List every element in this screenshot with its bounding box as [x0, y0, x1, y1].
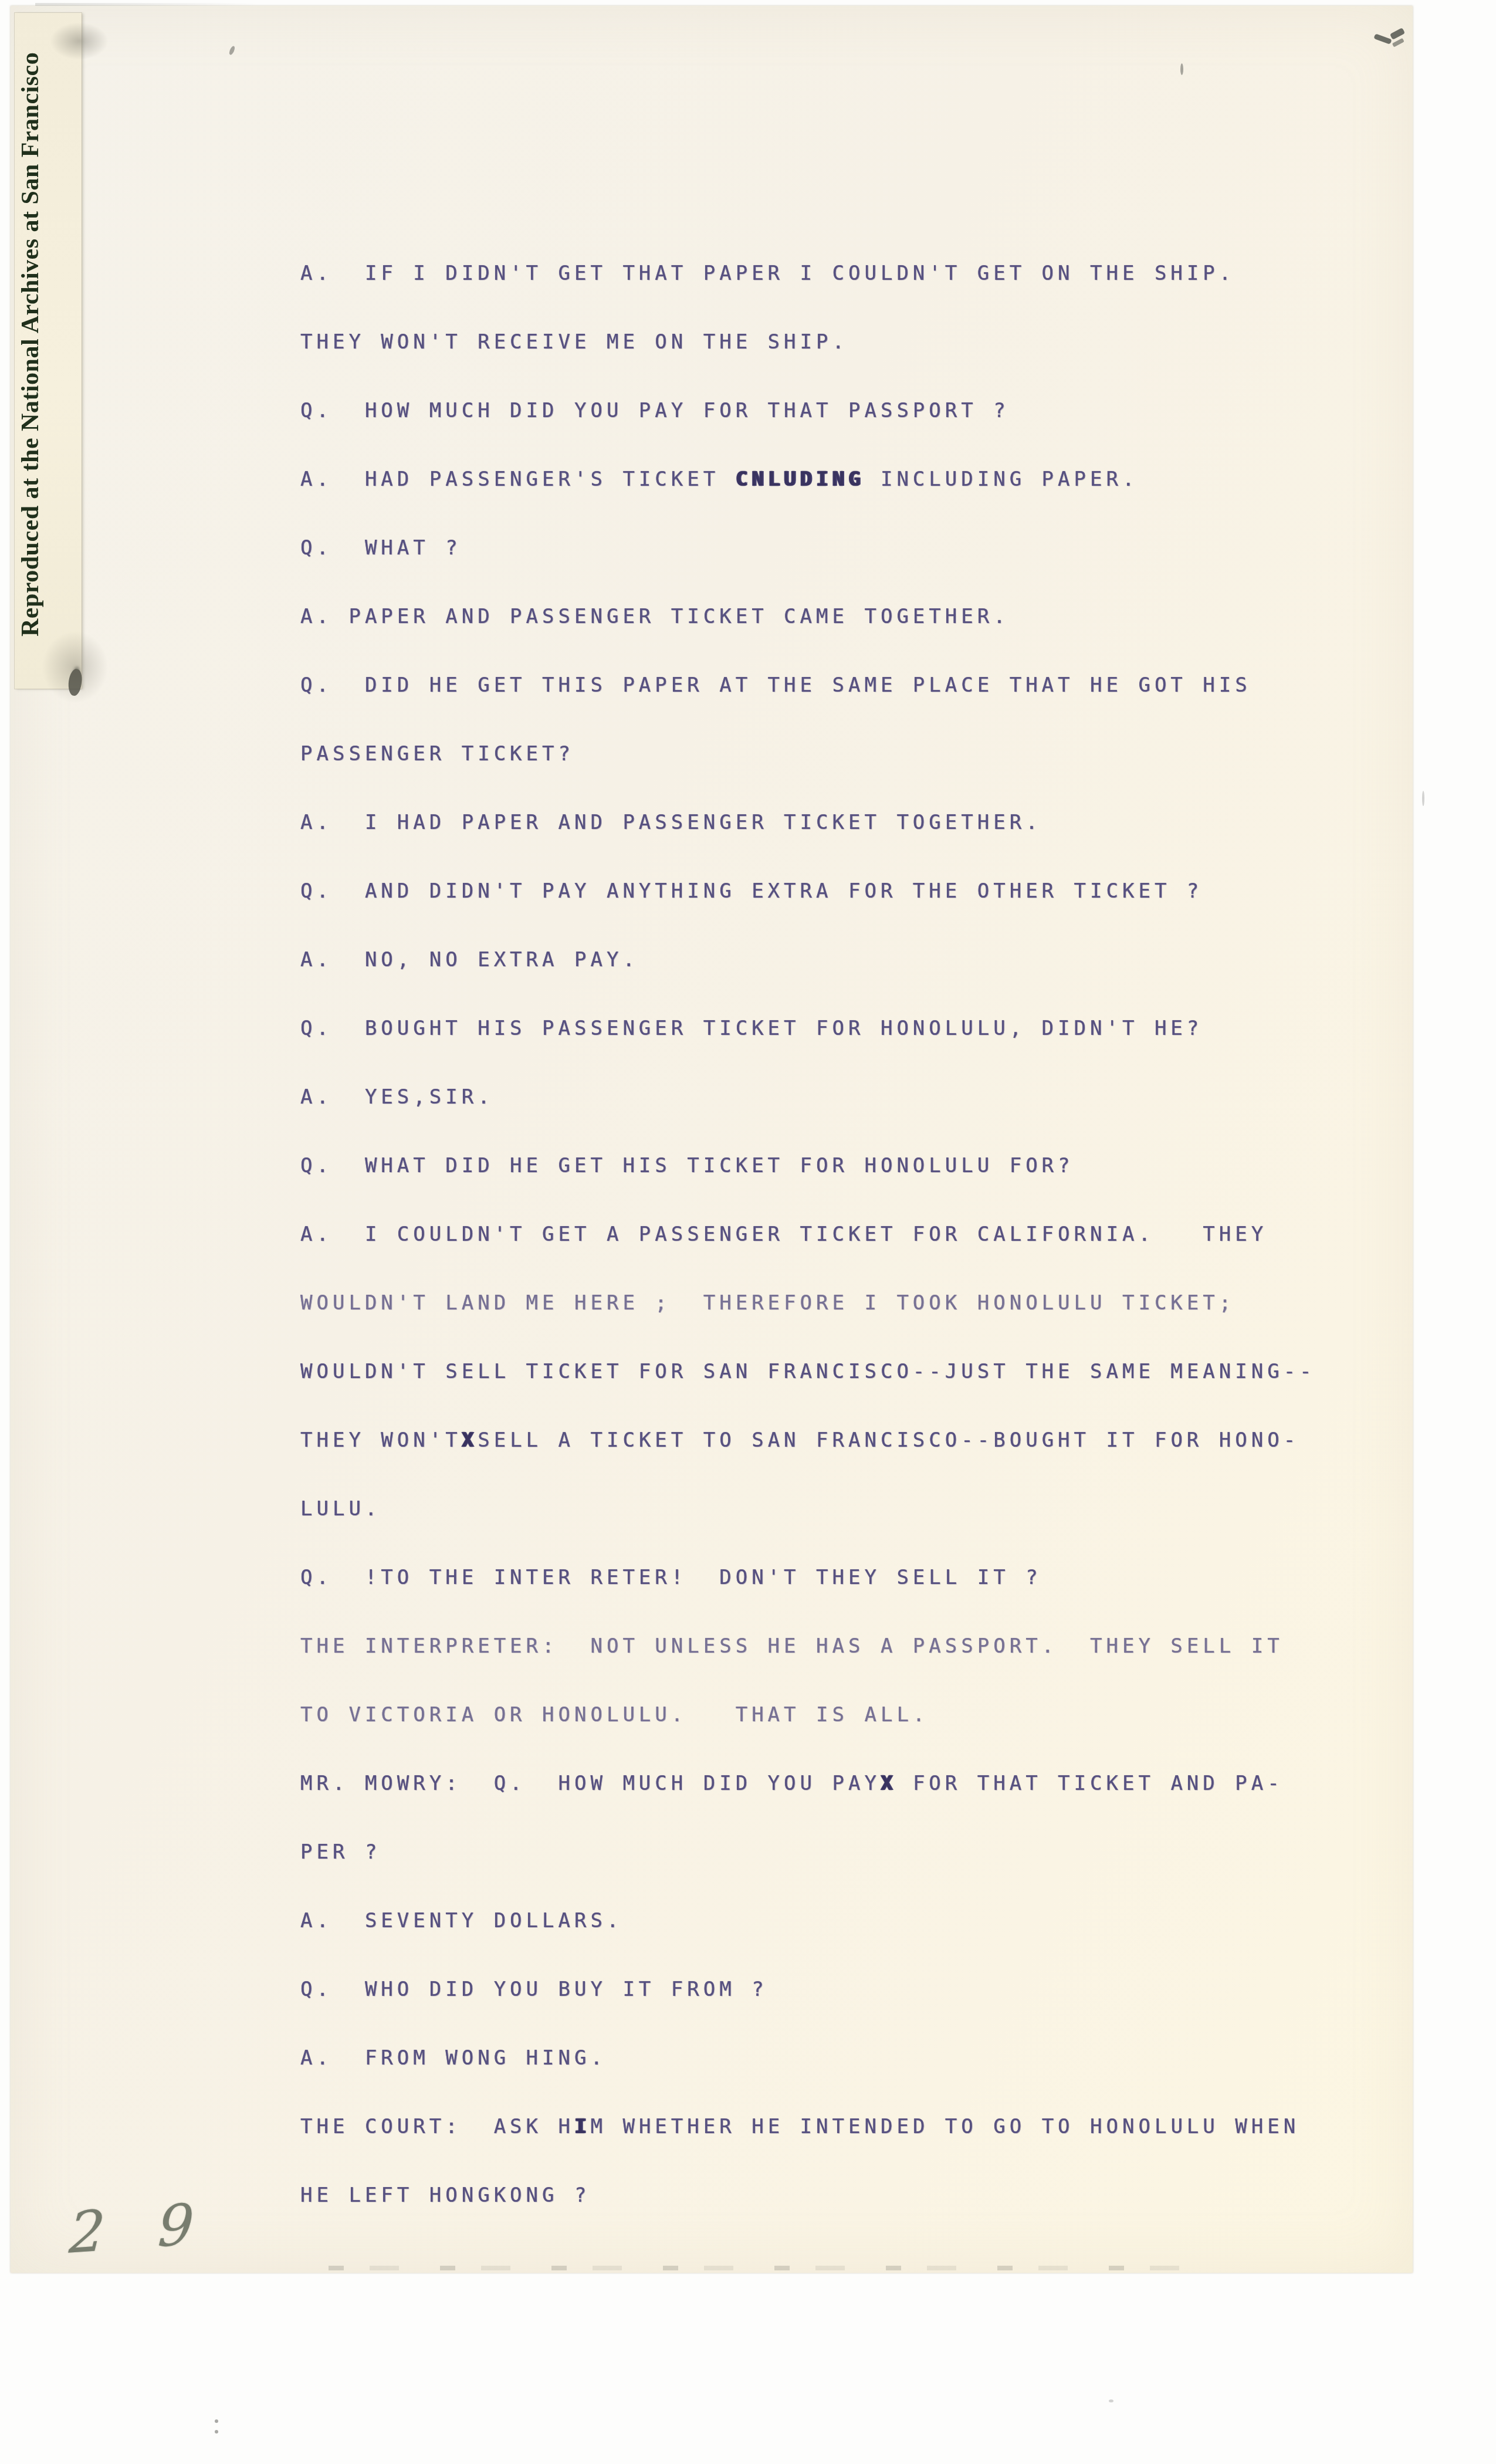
- typed-text: A. I HAD PAPER AND PASSENGER TICKET TOGE…: [300, 811, 1042, 834]
- transcript-line: A. IF I DIDN'T GET THAT PAPER I COULDN'T…: [300, 239, 1316, 308]
- transcript-line: A. SEVENTY DOLLARS.: [300, 1887, 1316, 1955]
- typed-text: INCLUDING PAPER.: [864, 468, 1138, 491]
- typed-text: A. YES,SIR.: [300, 1085, 494, 1109]
- transcript-line: Q. !TO THE INTER RETER! DON'T THEY SELL …: [300, 1544, 1316, 1612]
- transcript-line: THE INTERPRETER: NOT UNLESS HE HAS A PAS…: [300, 1612, 1316, 1681]
- typed-text: A. NO, NO EXTRA PAY.: [300, 948, 639, 972]
- overstruck-text: I: [574, 2115, 590, 2138]
- typed-text: WOULDN'T SELL TICKET FOR SAN FRANCISCO--…: [300, 1360, 1316, 1383]
- typed-text: WOULDN'T LAND ME HERE ; THEREFORE I TOOK…: [300, 1291, 1235, 1315]
- typed-text: SELL A TICKET TO SAN FRANCISCO--BOUGHT I…: [478, 1429, 1299, 1452]
- transcript-line: A. HAD PASSENGER'S TICKET CNLUDING INCLU…: [300, 445, 1316, 514]
- overstruck-text: X: [881, 1772, 896, 1795]
- transcript-line: Q. WHO DID YOU BUY IT FROM ?: [300, 1955, 1316, 2024]
- scan-streak: [35, 3, 258, 6]
- typed-text: MR. MOWRY: Q. HOW MUCH DID YOU PAY: [300, 1772, 881, 1795]
- transcript-line: LULU.: [300, 1475, 1316, 1544]
- typed-text: FOR THAT TICKET AND PA-: [896, 1772, 1283, 1795]
- typed-text: LULU.: [300, 1497, 381, 1521]
- typed-text: THEY WON'T: [300, 1429, 462, 1452]
- typed-text: HE LEFT HONGKONG ?: [300, 2184, 590, 2207]
- transcript-line: PASSENGER TICKET?: [300, 720, 1316, 788]
- transcript-line: TO VICTORIA OR HONOLULU. THAT IS ALL.: [300, 1681, 1316, 1749]
- tape-smudge: [50, 22, 109, 60]
- transcript-line: Q. WHAT ?: [300, 514, 1316, 583]
- transcript-line: WOULDN'T SELL TICKET FOR SAN FRANCISCO--…: [300, 1338, 1316, 1406]
- overstruck-text: X: [462, 1429, 478, 1452]
- transcript-line: A. YES,SIR.: [300, 1063, 1316, 1132]
- transcript-line: THE COURT: ASK HIM WHETHER HE INTENDED T…: [300, 2093, 1316, 2161]
- transcript-line: A. FROM WONG HING.: [300, 2024, 1316, 2093]
- typed-text: PASSENGER TICKET?: [300, 742, 574, 766]
- transcript-line: Q. BOUGHT HIS PASSENGER TICKET FOR HONOL…: [300, 994, 1316, 1063]
- paper-edge-smudge: [329, 2266, 1185, 2270]
- typed-text: Q. !TO THE INTER RETER! DON'T THEY SELL …: [300, 1566, 1042, 1589]
- typed-text: Q. WHAT ?: [300, 536, 462, 560]
- typed-text: Q. HOW MUCH DID YOU PAY FOR THAT PASSPOR…: [300, 399, 1010, 422]
- typed-text: Q. BOUGHT HIS PASSENGER TICKET FOR HONOL…: [300, 1017, 1203, 1040]
- typed-text: Q. WHAT DID HE GET HIS TICKET FOR HONOLU…: [300, 1154, 1074, 1177]
- typed-text: A. PAPER AND PASSENGER TICKET CAME TOGET…: [300, 605, 1010, 628]
- page-number-handwritten: 2 9: [67, 2190, 213, 2266]
- transcript-line: THEY WON'T RECEIVE ME ON THE SHIP.: [300, 308, 1316, 377]
- scanned-document: Reproduced at the National Archives at S…: [0, 0, 1496, 2464]
- typed-text: THE COURT: ASK H: [300, 2115, 574, 2138]
- typed-text: A. SEVENTY DOLLARS.: [300, 1909, 622, 1932]
- transcript-line: Q. DID HE GET THIS PAPER AT THE SAME PLA…: [300, 651, 1316, 720]
- typed-text: A. FROM WONG HING.: [300, 2046, 607, 2070]
- typed-text: THEY WON'T RECEIVE ME ON THE SHIP.: [300, 330, 848, 354]
- typed-text: Q. DID HE GET THIS PAPER AT THE SAME PLA…: [300, 673, 1251, 697]
- typed-text: Q. WHO DID YOU BUY IT FROM ?: [300, 1978, 768, 2001]
- speck: [1180, 63, 1183, 75]
- transcript-line: Q. AND DIDN'T PAY ANYTHING EXTRA FOR THE…: [300, 857, 1316, 926]
- typed-text: A. I COULDN'T GET A PASSENGER TICKET FOR…: [300, 1223, 1267, 1246]
- transcript-line: THEY WON'TXSELL A TICKET TO SAN FRANCISC…: [300, 1406, 1316, 1475]
- transcript-line: MR. MOWRY: Q. HOW MUCH DID YOU PAYX FOR …: [300, 1749, 1316, 1818]
- typed-lines: A. IF I DIDN'T GET THAT PAPER I COULDN'T…: [300, 239, 1316, 2230]
- transcript-line: WOULDN'T LAND ME HERE ; THEREFORE I TOOK…: [300, 1269, 1316, 1338]
- transcript-line: Q. HOW MUCH DID YOU PAY FOR THAT PASSPOR…: [300, 377, 1316, 445]
- transcript-line: A. PAPER AND PASSENGER TICKET CAME TOGET…: [300, 583, 1316, 651]
- transcript-line: A. I HAD PAPER AND PASSENGER TICKET TOGE…: [300, 788, 1316, 857]
- typed-text: THE INTERPRETER: NOT UNLESS HE HAS A PAS…: [300, 1634, 1284, 1658]
- archive-stamp-text: Reproduced at the National Archives at S…: [16, 70, 47, 637]
- transcript-line: A. I COULDN'T GET A PASSENGER TICKET FOR…: [300, 1200, 1316, 1269]
- transcript-line: Q. WHAT DID HE GET HIS TICKET FOR HONOLU…: [300, 1132, 1316, 1200]
- typed-text: M WHETHER HE INTENDED TO GO TO HONOLULU …: [590, 2115, 1299, 2138]
- speck: [215, 2419, 218, 2423]
- transcript-line: PER ?: [300, 1818, 1316, 1887]
- typed-text: Q. AND DIDN'T PAY ANYTHING EXTRA FOR THE…: [300, 879, 1203, 903]
- speck: [1422, 791, 1424, 806]
- transcript-line: HE LEFT HONGKONG ?: [300, 2161, 1316, 2230]
- speck: [1109, 2399, 1113, 2402]
- typed-text: A. HAD PASSENGER'S TICKET: [300, 468, 736, 491]
- overstruck-text: CNLUDING: [736, 468, 865, 491]
- typed-text: A. IF I DIDN'T GET THAT PAPER I COULDN'T…: [300, 262, 1235, 285]
- typed-text: TO VICTORIA OR HONOLULU. THAT IS ALL.: [300, 1703, 929, 1727]
- transcript-line: A. NO, NO EXTRA PAY.: [300, 926, 1316, 994]
- typed-text: PER ?: [300, 1840, 381, 1864]
